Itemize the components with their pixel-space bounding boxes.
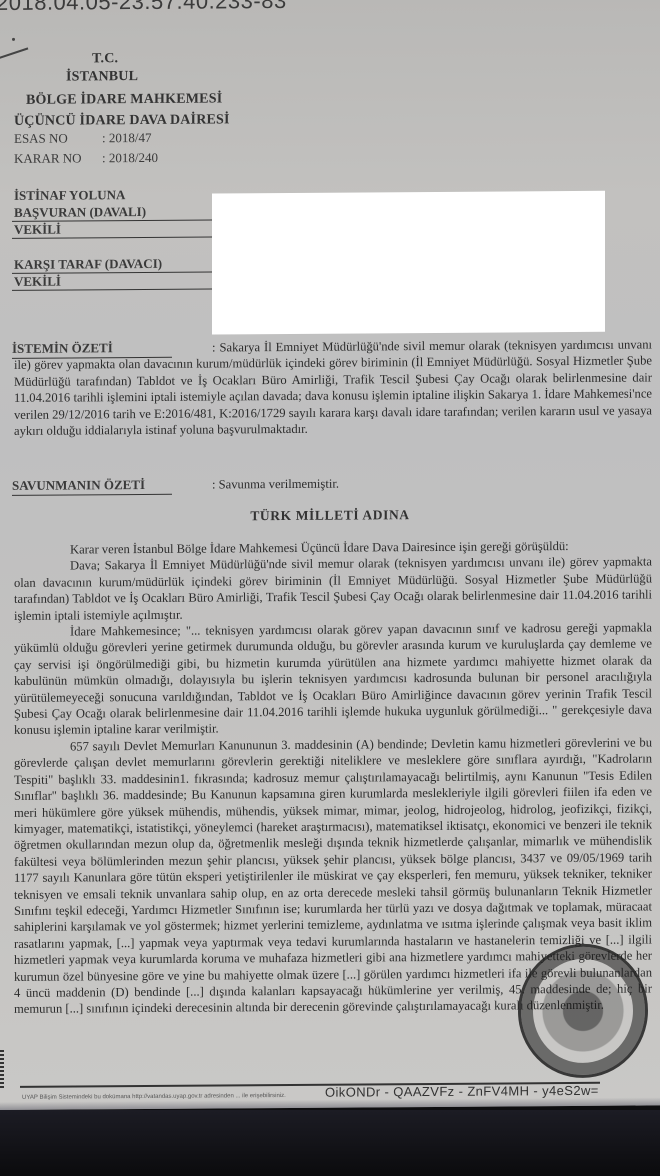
- karar-label: KARAR NO: [14, 150, 102, 167]
- paragraph: Dava; Sakarya İl Emniyet Müdürlüğü'nde s…: [14, 554, 652, 624]
- request-summary: : Sakarya İl Emniyet Müdürlüğü'nde sivil…: [14, 336, 652, 439]
- divider: [12, 289, 212, 291]
- defense-summary-text: : Savunma verilmemiştir.: [212, 474, 632, 493]
- header-city: İSTANBUL: [66, 69, 138, 86]
- karar-no: KARAR NO: 2018/240: [14, 150, 158, 167]
- karar-value: : 2018/240: [102, 150, 158, 165]
- court-seal-stamp: [518, 943, 648, 1078]
- document-page: 2018.04.05-23.57.40.233-83 T.C. İSTANBUL…: [0, 0, 660, 1110]
- decision-title: TÜRK MİLLETİ ADINA: [0, 505, 660, 526]
- defense-summary-label: SAVUNMANIN ÖZETİ: [12, 477, 172, 496]
- decision-body: Karar veren İstanbul Bölge İdare Mahkeme…: [14, 537, 652, 1017]
- appellant-counsel-label: VEKİLİ: [14, 220, 146, 238]
- esas-no: ESAS NO: 2018/47: [14, 130, 151, 147]
- divider: [12, 237, 212, 239]
- esas-value: : 2018/47: [102, 130, 151, 145]
- photo-timestamp: 2018.04.05-23.57.40.233-83: [0, 0, 287, 16]
- appellant-block: İSTİNAF YOLUNA BAŞVURAN (DAVALI) VEKİLİ: [14, 186, 146, 238]
- verification-code: OikONDr - QAAZVFz - ZnFV4MH - y4eS2w=: [325, 1083, 599, 1100]
- redaction-box: [212, 191, 605, 335]
- respondent-counsel-label: VEKİLİ: [14, 272, 162, 290]
- appellant-label-2: BAŞVURAN (DAVALI): [14, 203, 146, 221]
- pen-mark: [0, 47, 31, 66]
- header-chamber: ÜÇÜNCÜ İDARE DAVA DAİRESİ: [14, 112, 230, 130]
- side-barcode: [0, 1050, 4, 1090]
- esas-label: ESAS NO: [14, 130, 102, 147]
- header-tc: T.C.: [92, 51, 118, 67]
- appellant-label-1: İSTİNAF YOLUNA: [14, 186, 146, 204]
- header-court: BÖLGE İDARE MAHKEMESİ: [26, 91, 222, 108]
- background-surface: [0, 1110, 660, 1176]
- footer-small-print: UYAP Bilişim Sistemindeki bu dokümana ht…: [22, 1093, 286, 1101]
- respondent-label: KARŞI TARAF (DAVACI): [14, 255, 162, 273]
- paragraph: İdare Mahkemesince; "... teknisyen yardı…: [14, 619, 652, 738]
- pen-mark: [12, 38, 15, 41]
- request-summary-text: : Sakarya İl Emniyet Müdürlüğü'nde sivil…: [14, 337, 652, 437]
